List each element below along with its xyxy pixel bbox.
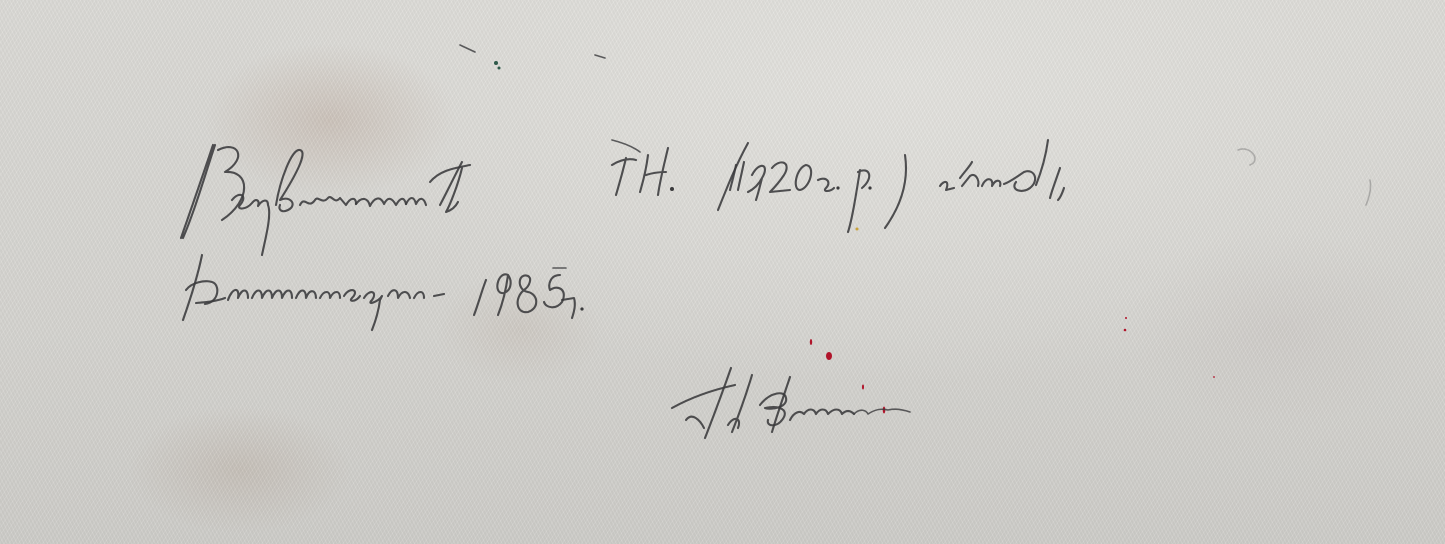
pencil-inscription-drawing: [0, 0, 1445, 544]
inscription-line-2: [183, 255, 584, 330]
artist-signature: [672, 368, 910, 438]
artwork-back-paper: Вербицький Г.Н. (1920г.р.) г.Київ, Натюр…: [0, 0, 1445, 544]
paint-specks: [460, 45, 1215, 414]
inscription-line-1: [181, 140, 1064, 255]
pencil-smudges: [1238, 149, 1371, 205]
